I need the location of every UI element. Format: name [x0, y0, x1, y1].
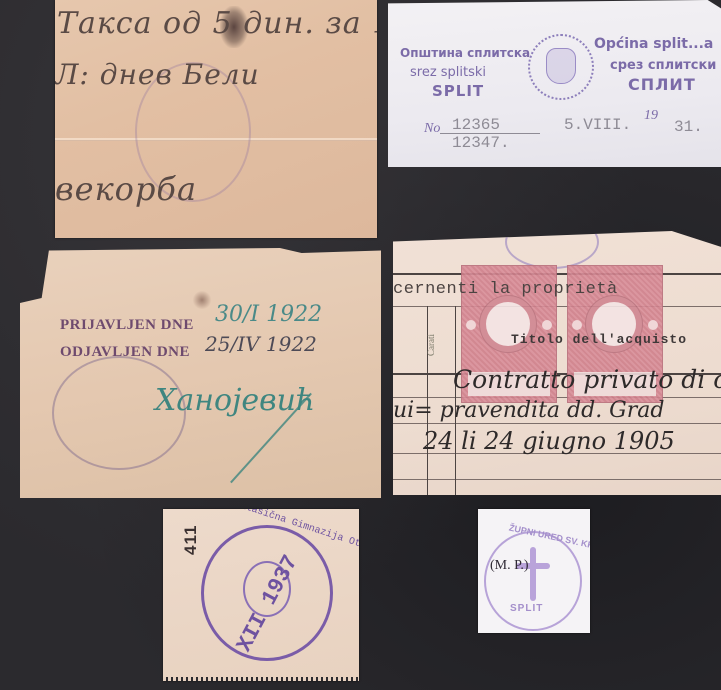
receipt-number: 411 — [181, 525, 201, 555]
ruled-line — [393, 479, 721, 480]
stamp-text: Општина сплитска — [400, 46, 530, 60]
deregistered-label: ODJAVLJEN DNE — [60, 344, 190, 361]
cross-icon — [530, 547, 536, 601]
coat-of-arms-seal-icon — [528, 34, 594, 100]
stamp-text: Općina split...a — [594, 36, 713, 52]
registration-slip: PRIJAVLJEN DNE ODJAVLJEN DNE 30/I 1922 2… — [20, 248, 381, 498]
registered-date: 30/I 1922 — [215, 302, 322, 327]
parish-office-slip: ŽUPNI URED SV. KRIŽA (M. P.) SPLIT — [478, 509, 590, 633]
perforated-edge — [163, 677, 359, 681]
number-bottom: 12347. — [452, 134, 510, 152]
year-suffix: 31. — [674, 118, 703, 136]
handwritten-line: Л: днев Бели — [55, 58, 260, 91]
handwriting-line: ui= pravendita dd. Grad — [393, 398, 664, 423]
stain — [192, 291, 212, 309]
seal-city-text: SPLIT — [510, 603, 543, 614]
handwritten-line: векорба — [55, 170, 197, 208]
handwriting-line: Contratto privato di co — [453, 365, 721, 394]
deregistered-date: 25/IV 1922 — [205, 332, 317, 356]
ruled-line — [393, 306, 721, 307]
handwritten-note: Такса од 5 дин. за 1/6 Л: днев Бели веко… — [55, 0, 377, 238]
date: 5.VIII. — [564, 116, 631, 134]
seal-place-text: (M. P.) — [490, 558, 529, 574]
stamp-text: срез сплитски — [610, 58, 716, 73]
italian-property-register: cernenti la proprietà Carati Titolo dell… — [393, 231, 721, 495]
stamp-text: SPLIT — [432, 82, 484, 100]
handwriting-line: 24 li 24 giugno 1905 — [423, 427, 675, 455]
stamp-text: srez splitski — [410, 65, 486, 80]
ruled-line — [393, 273, 721, 275]
split-municipality-slip: Општина сплитска srez splitski SPLIT Opć… — [388, 0, 721, 167]
registered-label: PRIJAVLJEN DNE — [60, 317, 194, 334]
number-label: No — [424, 121, 440, 137]
number-top: 12365 — [452, 116, 500, 134]
dominican-receipt: 411 Klasična Gimnazija Ot. Dominikanaca … — [163, 509, 359, 681]
column-label: Carati — [426, 334, 436, 356]
stamp-text: СПЛИТ — [628, 75, 696, 94]
column-header: cernenti la proprietà — [393, 280, 618, 299]
column-title: Titolo dell'acquisto — [511, 332, 687, 347]
handwritten-line: Такса од 5 дин. за 1/6 — [57, 6, 377, 41]
year-prefix: 19 — [644, 108, 658, 124]
ruled-line — [393, 423, 721, 424]
